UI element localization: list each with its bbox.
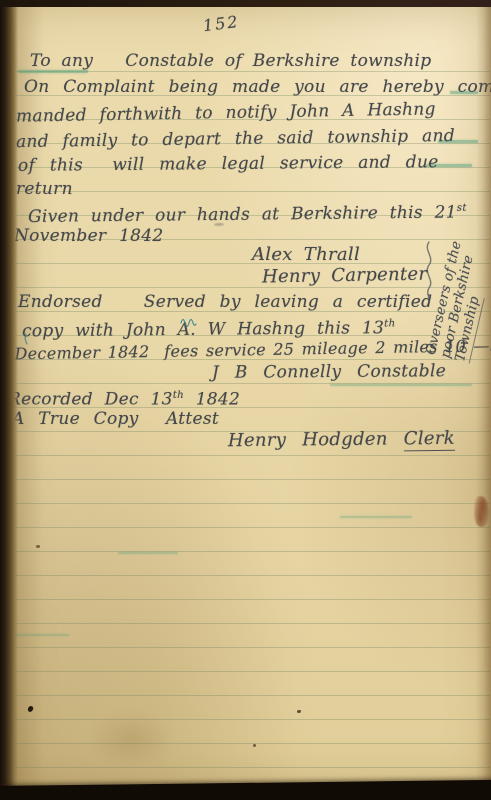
doc-line-given-under-hands: Given under our hands at Berkshire this …	[28, 199, 467, 227]
ledger-page-scan: 152 To any Constable of Berkshire townsh…	[0, 0, 491, 800]
doc-line-service: of this will make legal service and due	[18, 152, 439, 176]
rule-highlight	[14, 634, 69, 636]
ink-correction-mark	[180, 315, 198, 327]
paper-smudge	[88, 710, 174, 768]
rule-highlight	[340, 516, 412, 518]
ink-correction-mark	[22, 333, 30, 345]
doc-line-november-1842: November 1842	[14, 226, 164, 246]
book-binding-edge	[0, 0, 18, 800]
doc-line-recorded: Recorded Dec 13th 1842	[8, 386, 240, 410]
doc-line-endorsed: Endorsed Served by leaving a certified	[18, 292, 432, 312]
doc-line-complaint: On Complaint being made you are hereby c…	[24, 77, 491, 97]
rule-highlight	[118, 552, 178, 554]
signature-jb-connelly-constable: J B Connelly Constable	[212, 361, 446, 383]
signature-henry-hodgden-clerk: Henry Hodgden Clerk	[228, 429, 455, 451]
scan-top-edge	[0, 0, 491, 7]
page-right-edge	[476, 6, 491, 788]
signature-alex-thrall: Alex Thrall	[252, 245, 360, 265]
doc-line-return: return	[16, 179, 73, 199]
rule-highlight	[330, 384, 472, 386]
doc-line-salutation: To any Constable of Berkshire township	[30, 51, 431, 71]
doc-line-true-copy-attest: A True Copy Attest	[12, 409, 219, 429]
doc-line-copy-with: copy with John A. W Hashng this 13th	[22, 314, 396, 341]
pen-flourish-brace	[420, 240, 438, 306]
